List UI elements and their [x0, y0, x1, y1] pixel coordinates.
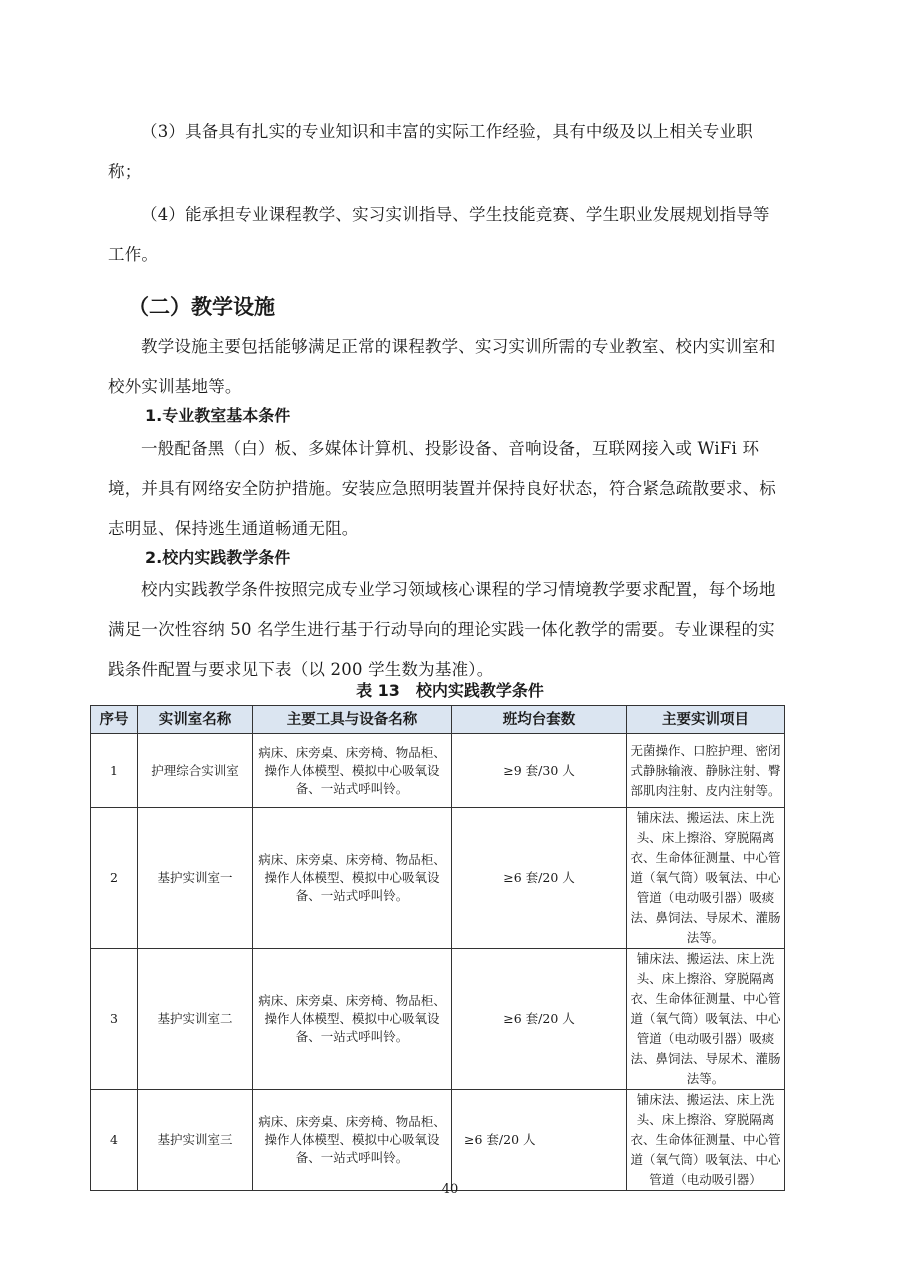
cell-room: 基护实训室二	[138, 949, 253, 1090]
cell-equipment: 病床、床旁桌、床旁椅、物品柜、操作人体模型、模拟中心吸氧设备、一站式呼叫铃。	[253, 1090, 452, 1191]
cell-no: 1	[91, 734, 138, 808]
header-equipment: 主要工具与设备名称	[253, 706, 452, 734]
table-header-row: 序号 实训室名称 主要工具与设备名称 班均台套数 主要实训项目	[91, 706, 785, 734]
cell-room: 基护实训室一	[138, 808, 253, 949]
cell-projects: 铺床法、搬运法、床上洗头、床上擦浴、穿脱隔离衣、生命体征测量、中心管道（氧气筒）…	[627, 949, 785, 1090]
cell-no: 2	[91, 808, 138, 949]
header-no: 序号	[91, 706, 138, 734]
cell-equipment: 病床、床旁桌、床旁椅、物品柜、操作人体模型、模拟中心吸氧设备、一站式呼叫铃。	[253, 808, 452, 949]
cell-sets: ≥6 套/20 人	[452, 808, 627, 949]
header-projects: 主要实训项目	[627, 706, 785, 734]
section-heading: （二）教学设施	[128, 291, 275, 321]
intro-paragraph: 教学设施主要包括能够满足正常的课程教学、实习实训所需的专业教室、校内实训室和校外…	[108, 327, 784, 407]
cell-room: 基护实训室三	[138, 1090, 253, 1191]
cell-sets: ≥9 套/30 人	[452, 734, 627, 808]
cell-sets: ≥6 套/20 人	[452, 1090, 627, 1191]
cell-projects: 铺床法、搬运法、床上洗头、床上擦浴、穿脱隔离衣、生命体征测量、中心管道（氧气筒）…	[627, 1090, 785, 1191]
header-sets: 班均台套数	[452, 706, 627, 734]
practice-conditions-table: 序号 实训室名称 主要工具与设备名称 班均台套数 主要实训项目 1 护理综合实训…	[90, 705, 785, 1191]
cell-sets: ≥6 套/20 人	[452, 949, 627, 1090]
page-number: 40	[0, 1182, 900, 1197]
classroom-paragraph: 一般配备黑（白）板、多媒体计算机、投影设备、音响设备，互联网接入或 WiFi 环…	[108, 429, 784, 549]
cell-projects: 无菌操作、口腔护理、密闭式静脉输液、静脉注射、臀部肌肉注射、皮内注射等。	[627, 734, 785, 808]
table-caption: 表 13 校内实践教学条件	[0, 678, 900, 701]
table-row: 1 护理综合实训室 病床、床旁桌、床旁椅、物品柜、操作人体模型、模拟中心吸氧设备…	[91, 734, 785, 808]
table-row: 3 基护实训室二 病床、床旁桌、床旁椅、物品柜、操作人体模型、模拟中心吸氧设备、…	[91, 949, 785, 1090]
cell-equipment: 病床、床旁桌、床旁椅、物品柜、操作人体模型、模拟中心吸氧设备、一站式呼叫铃。	[253, 949, 452, 1090]
table-row: 2 基护实训室一 病床、床旁桌、床旁椅、物品柜、操作人体模型、模拟中心吸氧设备、…	[91, 808, 785, 949]
practice-paragraph: 校内实践教学条件按照完成专业学习领域核心课程的学习情境教学要求配置，每个场地满足…	[108, 570, 784, 690]
cell-no: 4	[91, 1090, 138, 1191]
cell-no: 3	[91, 949, 138, 1090]
cell-equipment: 病床、床旁桌、床旁椅、物品柜、操作人体模型、模拟中心吸氧设备、一站式呼叫铃。	[253, 734, 452, 808]
subheading-classroom: 1.专业教室基本条件	[145, 403, 290, 426]
paragraph-item-3: （3）具备具有扎实的专业知识和丰富的实际工作经验，具有中级及以上相关专业职称；	[108, 112, 784, 192]
cell-projects: 铺床法、搬运法、床上洗头、床上擦浴、穿脱隔离衣、生命体征测量、中心管道（氧气筒）…	[627, 808, 785, 949]
header-room: 实训室名称	[138, 706, 253, 734]
paragraph-item-4: （4）能承担专业课程教学、实习实训指导、学生技能竞赛、学生职业发展规划指导等工作…	[108, 195, 784, 275]
cell-room: 护理综合实训室	[138, 734, 253, 808]
table-row: 4 基护实训室三 病床、床旁桌、床旁椅、物品柜、操作人体模型、模拟中心吸氧设备、…	[91, 1090, 785, 1191]
subheading-practice: 2.校内实践教学条件	[145, 545, 290, 568]
